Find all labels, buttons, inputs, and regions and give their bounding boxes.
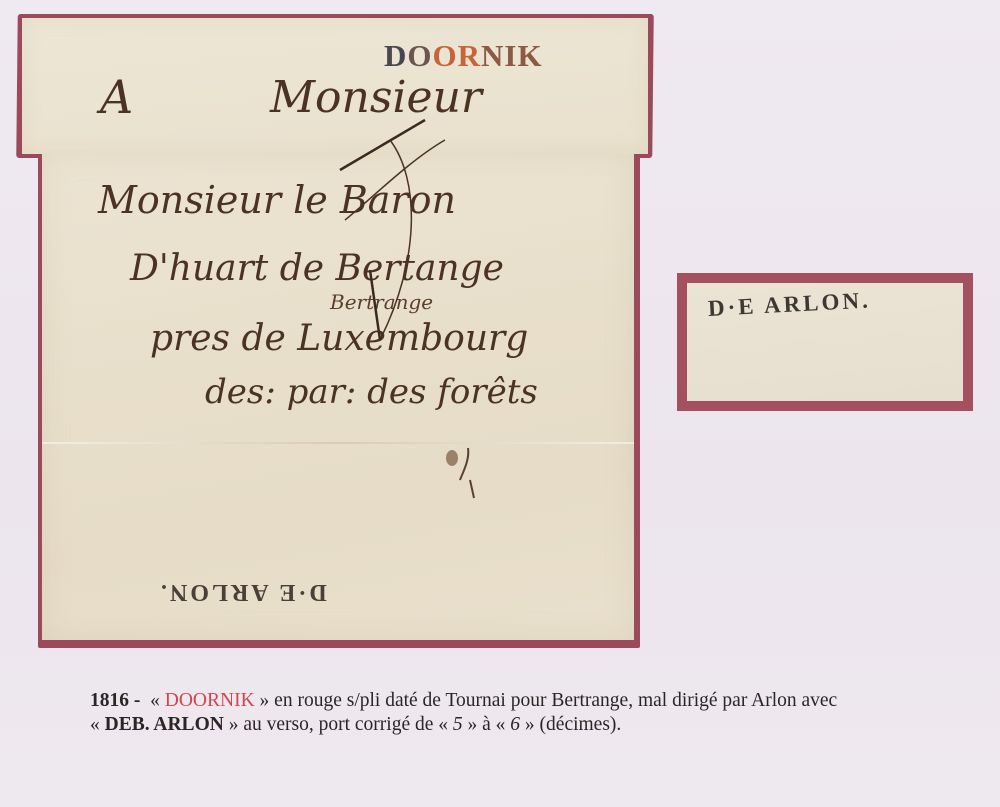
address-line-a: A [100,70,133,124]
ink-blot-mark [440,440,490,500]
rate-correction-mark [330,100,450,350]
exhibit-caption: 1816 - « DOORNIK » en rouge s/pli daté d… [90,689,970,737]
fold-line [42,442,634,444]
caption-year: 1816 - [90,690,140,711]
caption-to-rate: 6 [510,714,520,735]
caption-doornik: DOORNIK [165,690,255,711]
deb-arlon-postmark-verso: D·E ARLON. [158,578,327,605]
caption-text-2: au verso, port corrigé de [243,714,433,735]
doornik-postmark: DOORNIK [384,38,543,74]
caption-text-3: (décimes). [540,714,622,735]
caption-text-1: en rouge s/pli daté de Tournai pour Bert… [274,690,837,711]
address-line-department: des: par: des forêts [205,372,538,412]
caption-deb-arlon: DEB. ARLON [105,714,224,735]
caption-from-rate: 5 [453,714,463,735]
